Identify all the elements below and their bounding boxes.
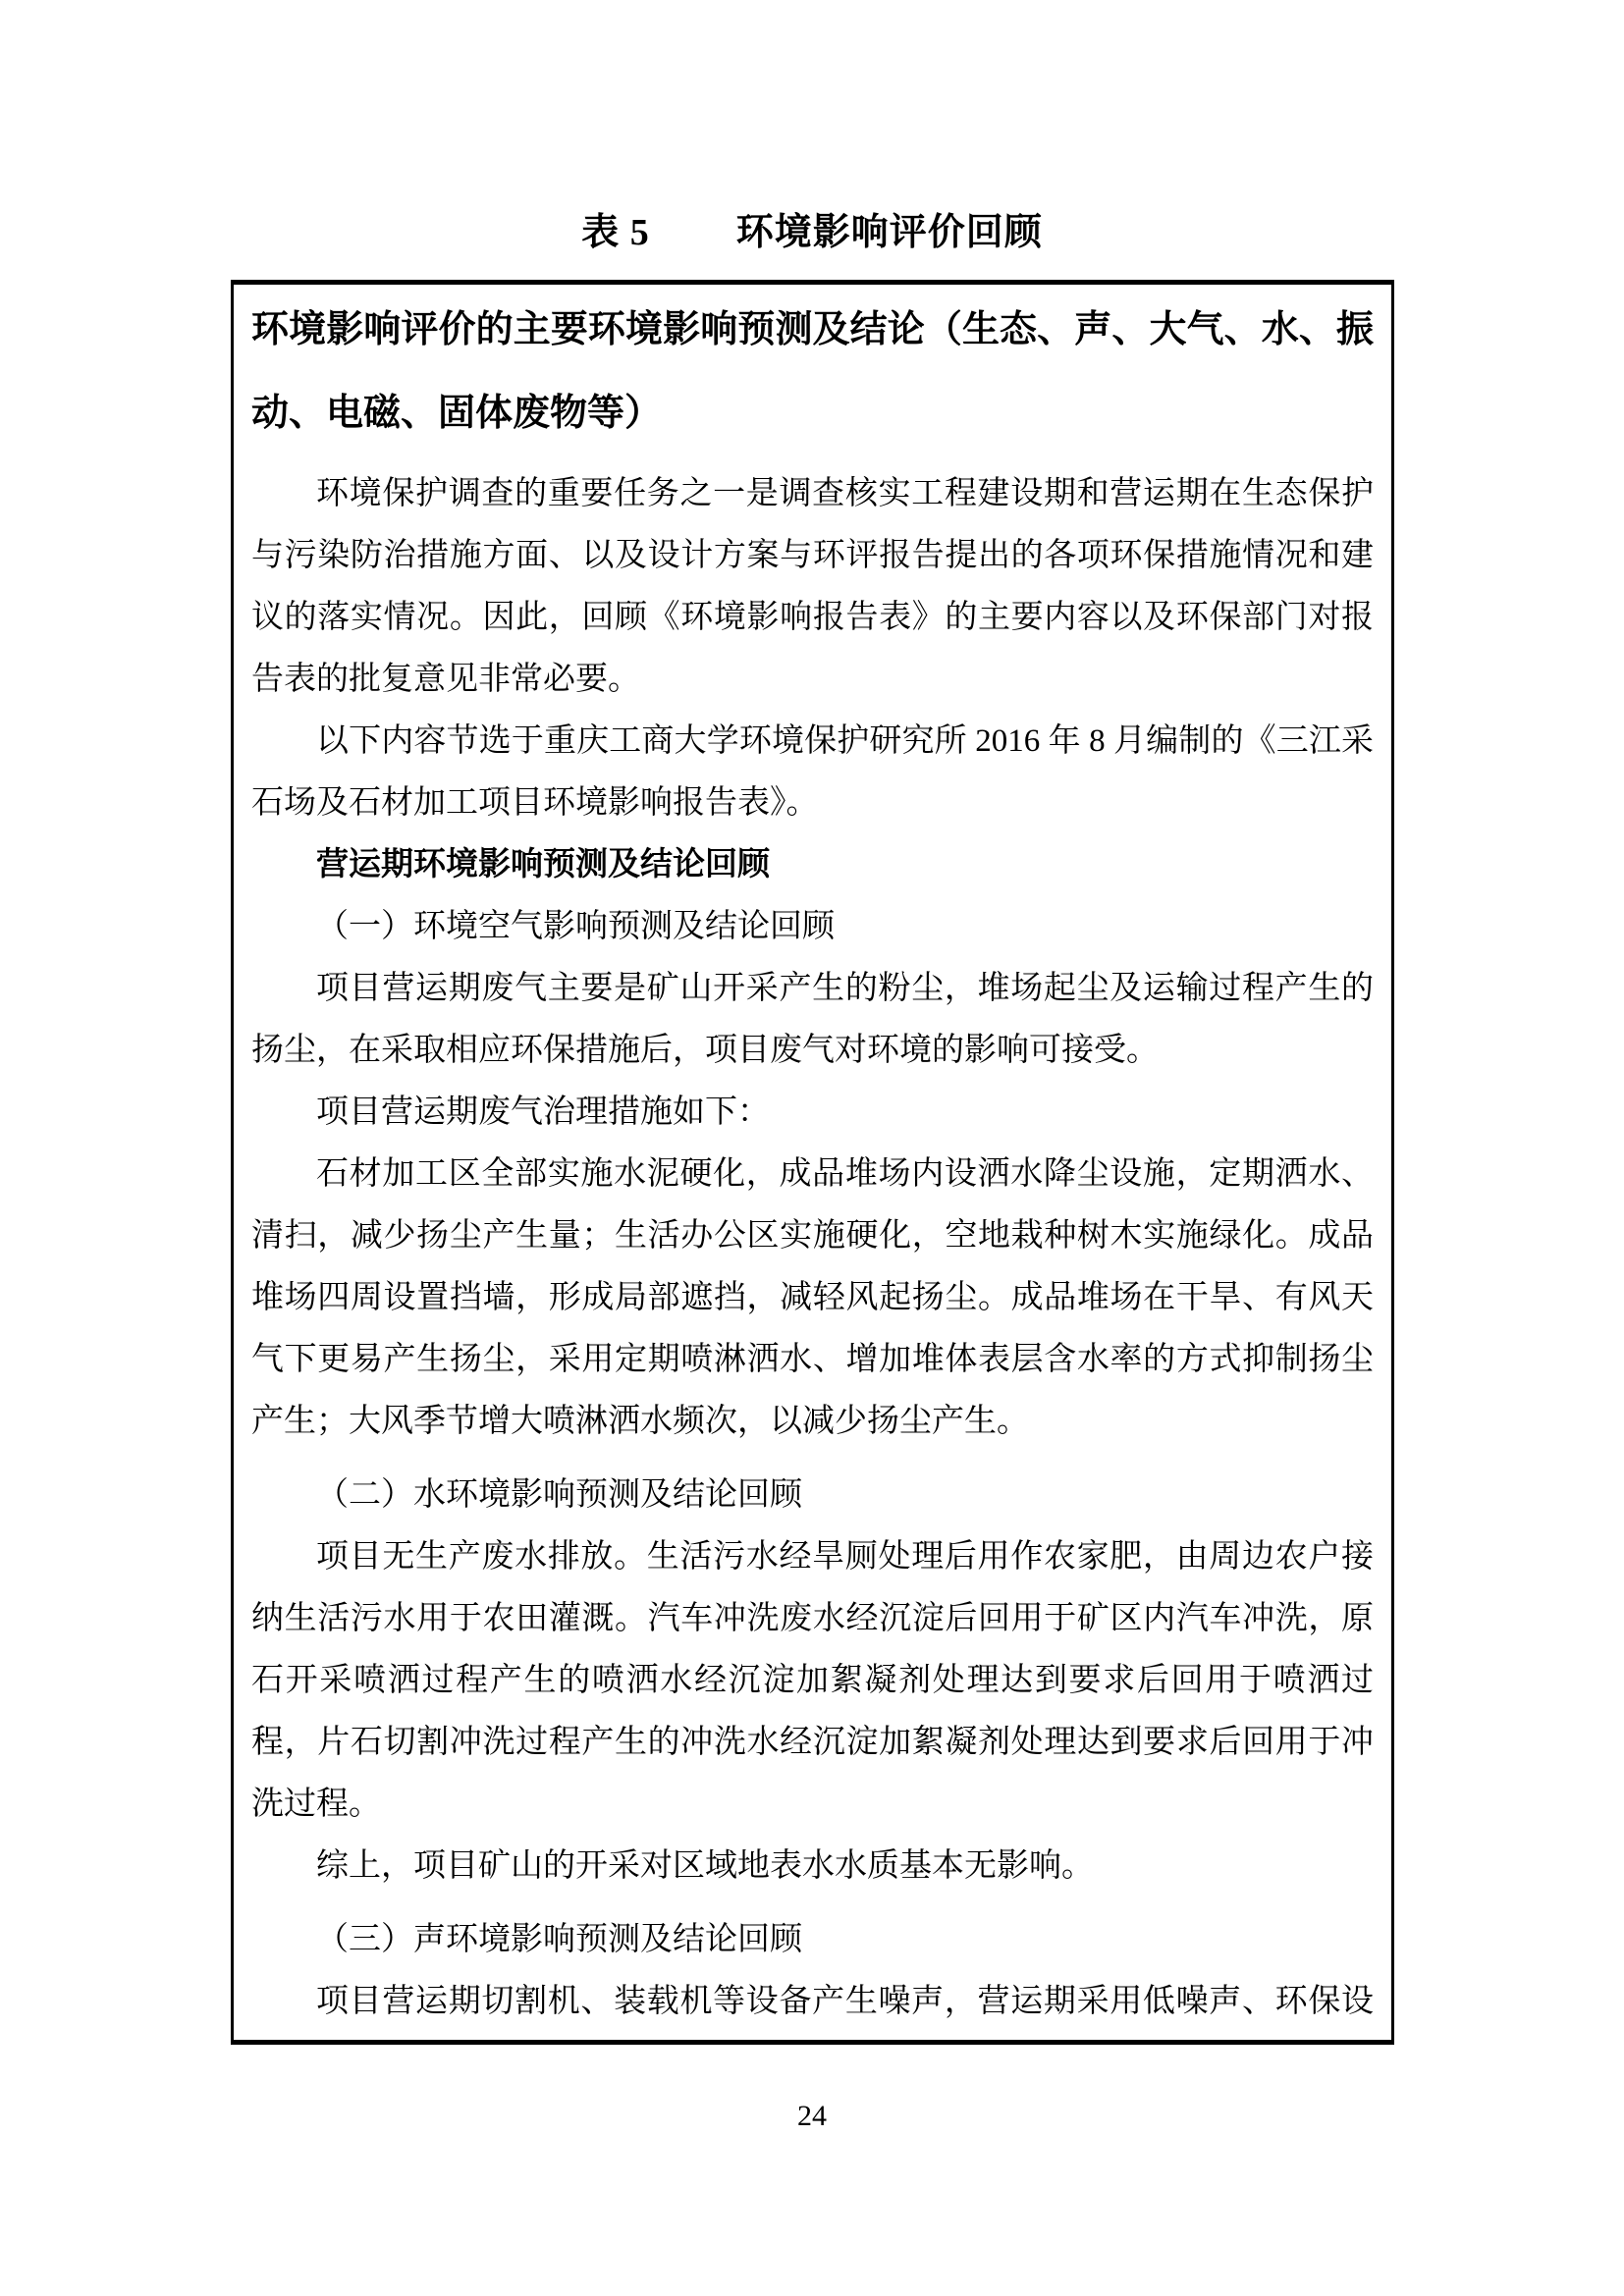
paragraph: 以下内容节选于重庆工商大学环境保护研究所 2016 年 8 月编制的《三江采石场… xyxy=(251,711,1374,834)
paragraph: 项目营运期废气治理措施如下： xyxy=(251,1082,1374,1144)
paragraph: 项目营运期切割机、装载机等设备产生噪声，营运期采用低噪声、环保设备，并采取隔音、… xyxy=(251,1971,1374,2045)
paragraph: 营运期环境影响预测及结论回顾 xyxy=(251,834,1374,896)
paragraph: （三）声环境影响预测及结论回顾 xyxy=(251,1909,1374,1971)
paragraph: 环境保护调查的重要任务之一是调查核实工程建设期和营运期在生态保护与污染防治措施方… xyxy=(251,463,1374,711)
page-number: 24 xyxy=(0,2099,1624,2134)
paragraph: 综上，项目矿山的开采对区域地表水水质基本无影响。 xyxy=(251,1836,1374,1897)
paragraph: （一）环境空气影响预测及结论回顾 xyxy=(251,896,1374,958)
page-title: 表 5环境影响评价回顾 xyxy=(0,210,1624,255)
box-body: 环境保护调查的重要任务之一是调查核实工程建设期和营运期在生态保护与污染防治措施方… xyxy=(251,463,1374,2045)
paragraph: 项目无生产废水排放。生活污水经旱厕处理后用作农家肥，由周边农户接纳生活污水用于农… xyxy=(251,1526,1374,1836)
paragraph: 石材加工区全部实施水泥硬化，成品堆场内设洒水降尘设施，定期洒水、清扫，减少扬尘产… xyxy=(251,1144,1374,1453)
paragraph: （二）水环境影响预测及结论回顾 xyxy=(251,1465,1374,1526)
table-title-text: 环境影响评价回顾 xyxy=(736,212,1043,253)
review-table-box: 环境影响评价的主要环境影响预测及结论（生态、声、大气、水、振动、电磁、固体废物等… xyxy=(231,280,1394,2045)
box-heading: 环境影响评价的主要环境影响预测及结论（生态、声、大气、水、振动、电磁、固体废物等… xyxy=(251,289,1374,455)
paragraph: 项目营运期废气主要是矿山开采产生的粉尘，堆场起尘及运输过程产生的扬尘，在采取相应… xyxy=(251,958,1374,1082)
table-number-label: 表 5 xyxy=(581,212,650,253)
